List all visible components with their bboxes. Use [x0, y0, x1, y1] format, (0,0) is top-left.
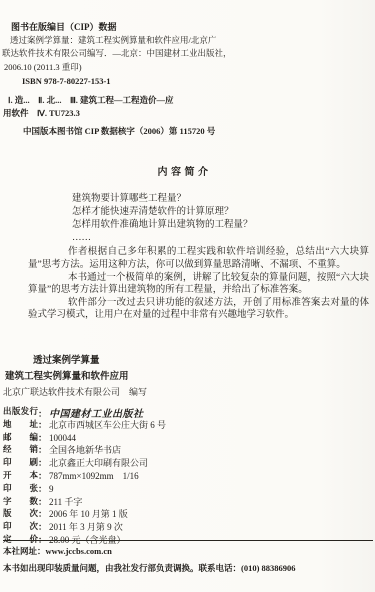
colophon-colon: ： [38, 433, 47, 443]
colophon-row: 地址：北京市西城区车公庄大街 6 号 [3, 418, 166, 431]
colophon-value: 9 [47, 484, 54, 494]
cip-block: 图书在版编目（CIP）数据 透过案例学算量：建筑工程实例算量和软件应用/北京广 … [2, 21, 312, 139]
colophon-row: 邮编：100044 [3, 431, 166, 444]
colophon-label: 字数 [3, 495, 38, 507]
intro-title: 内容简介 [28, 167, 369, 180]
colophon-row: 经销：全国各地新华书店 [3, 443, 166, 456]
colophon-row: 出版发行：中国建材工业出版社 [3, 405, 166, 418]
colophon-label: 印刷 [3, 456, 38, 468]
intro-paragraph: 作者根据自己多年积累的工程实践和软件培训经验，总结出“六大块算量”思考方法。运用… [28, 246, 369, 271]
colophon-label: 印次 [3, 520, 38, 532]
colophon-colon: ： [38, 420, 47, 430]
colophon-row: 版次：2006 年 10 月第 1 版 [3, 507, 166, 520]
colophon-value: 全国各地新华书店 [47, 445, 121, 455]
book-series-title: 透过案例学算量 [3, 352, 166, 366]
colophon-value: 北京市西城区车公庄大街 6 号 [47, 420, 166, 430]
colophon-label: 地址 [3, 418, 38, 430]
intro-question: 建筑物要计算哪些工程量？ [28, 193, 369, 206]
colophon-label: 版次 [3, 507, 38, 519]
intro-paragraph: 本书通过一个极简单的案例，讲解了比较复杂的算量问题，按照“六大块算量”的思考方法… [28, 272, 369, 297]
colophon-value: 100044 [47, 433, 76, 443]
colophon-colon: ： [38, 445, 47, 455]
quality-notice-line: 本书如出现印装质量问题，由我社发行部负责调换。联系电话：(010) 883869… [3, 562, 373, 574]
colophon-value: 北京鑫正大印刷有限公司 [47, 458, 148, 468]
cip-record-number: 中国版本图书馆 CIP 数据核字（2006）第 115720 号 [2, 125, 312, 138]
colophon-label: 印张 [3, 482, 38, 494]
intro-question: 怎样用软件准确地计算出建筑物的工程量？ [28, 219, 369, 232]
colophon-label: 开本 [3, 469, 38, 481]
colophon-value: 2011 年 3 月第 9 次 [47, 522, 123, 532]
intro-section: 内容简介 建筑物要计算哪些工程量？ 怎样才能快速弄清楚软件的计算原理？ 怎样用软… [28, 167, 369, 322]
intro-ellipsis: …… [28, 232, 369, 245]
cip-description-line: 联达软件技术有限公司编写．—北京：中国建材工业出版社， [2, 47, 312, 60]
colophon-label: 出版发行 [3, 405, 38, 417]
classification-line: Ⅰ. 造... Ⅱ. 北... Ⅲ. 建筑工程—工程造价—应 [2, 94, 312, 107]
colophon-row: 字数：211 千字 [3, 495, 166, 508]
colophon-colon: ： [38, 522, 47, 532]
colophon-row: 印张：9 [3, 482, 166, 495]
book-copyright-page: 图书在版编目（CIP）数据 透过案例学算量：建筑工程实例算量和软件应用/北京广 … [0, 0, 375, 592]
classification-line: 用软件 Ⅳ. TU723.3 [2, 107, 312, 120]
book-author: 北京广联达软件技术有限公司 编写 [3, 385, 166, 398]
colophon-colon: ： [38, 471, 47, 481]
colophon-value: 787mm×1092mm 1/16 [47, 471, 139, 481]
colophon-colon: ： [38, 484, 47, 494]
website-line: 本社网址：www.jccbs.com.cn [3, 545, 373, 557]
colophon-colon: ： [38, 458, 47, 468]
colophon-row: 印次：2011 年 3 月第 9 次 [3, 520, 166, 533]
footer-section: 本社网址：www.jccbs.com.cn 本书如出现印装质量问题，由我社发行部… [3, 540, 373, 574]
colophon-row: 开本：787mm×1092mm 1/16 [3, 469, 166, 482]
colophon-row: 印刷：北京鑫正大印刷有限公司 [3, 456, 166, 469]
colophon-value: 211 千字 [47, 497, 82, 507]
colophon-label: 经销 [3, 443, 38, 455]
colophon-colon: ： [38, 509, 47, 519]
colophon-section: 透过案例学算量 建筑工程实例算量和软件应用 北京广联达软件技术有限公司 编写 出… [3, 352, 166, 546]
colophon-value: 2006 年 10 月第 1 版 [47, 509, 128, 519]
colophon-colon: ： [38, 497, 47, 507]
intro-paragraph: 软件部分一改过去只讲功能的叙述方法，开创了用标准答案去对量的体验式学习模式，让用… [28, 297, 369, 322]
cip-heading: 图书在版编目（CIP）数据 [2, 21, 312, 34]
book-subtitle: 建筑工程实例算量和软件应用 [3, 368, 166, 382]
isbn-line: ISBN 978-7-80227-153-1 [2, 75, 312, 88]
colophon-label: 邮编 [3, 431, 38, 443]
cip-description-line: 透过案例学算量：建筑工程实例算量和软件应用/北京广 [2, 34, 312, 47]
intro-question: 怎样才能快速弄清楚软件的计算原理？ [28, 206, 369, 219]
cip-description-line: 2006.10 (2011.3 重印) [2, 61, 312, 74]
